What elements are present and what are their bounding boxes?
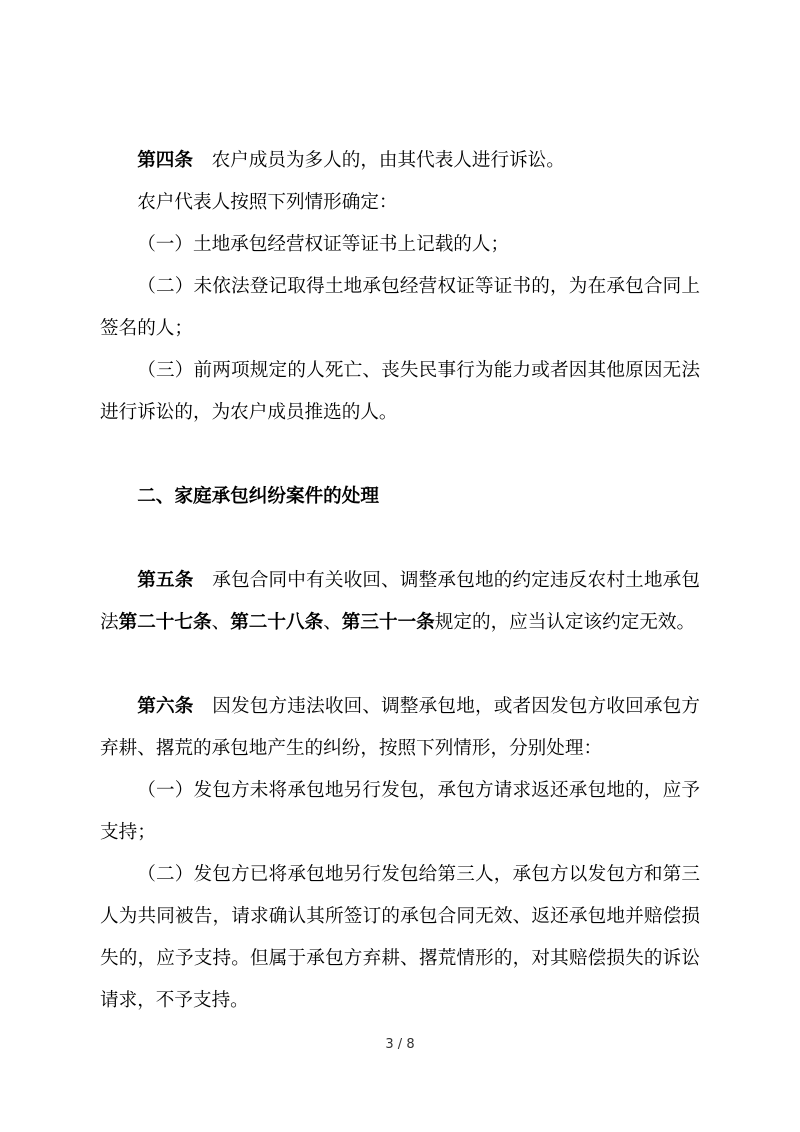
paragraph-item-1: （一）土地承包经营权证等证书上记载的人； [100,224,700,266]
document-page: 第四条 农户成员为多人的，由其代表人进行诉讼。 农户代表人按照下列情形确定： （… [0,0,800,1132]
paragraph-item-1: （一）发包方未将承包地另行发包，承包方请求返还承包地的，应予支持； [100,770,700,854]
document-content: 第四条 农户成员为多人的，由其代表人进行诉讼。 农户代表人按照下列情形确定： （… [100,140,700,1022]
paragraph-text: 规定的，应当认定该约定无效。 [435,612,695,633]
page-indicator: 3 / 8 [385,1037,414,1052]
section-heading-text: 二、家庭承包纠纷案件的处理 [137,486,379,507]
article-number: 第六条 [137,696,193,717]
paragraph-text: （一）土地承包经营权证等证书上记载的人； [137,234,509,255]
article-number: 第五条 [137,570,193,591]
paragraph-article-5: 第五条 承包合同中有关收回、调整承包地的约定违反农村土地承包法第二十七条、第二十… [100,560,700,644]
paragraph-text: 农户成员为多人的，由其代表人进行诉讼。 [193,150,565,171]
paragraph-text: 、 [212,612,231,633]
paragraph-item-2: （二）未依法登记取得土地承包经营权证等证书的，为在承包合同上签名的人； [100,266,700,350]
paragraph-text: 农户代表人按照下列情形确定： [137,192,397,213]
page-footer: 3 / 8 [0,1036,800,1054]
paragraph-text: （二）发包方已将承包地另行发包给第三人，承包方以发包方和第三人为共同被告，请求确… [100,864,700,1011]
paragraph-article-6: 第六条 因发包方违法收回、调整承包地，或者因发包方收回承包方弃耕、撂荒的承包地产… [100,686,700,770]
paragraph-item-2: （二）发包方已将承包地另行发包给第三人，承包方以发包方和第三人为共同被告，请求确… [100,854,700,1022]
paragraph-text: （一）发包方未将承包地另行发包，承包方请求返还承包地的，应予支持； [100,780,700,843]
article-number: 第四条 [137,150,193,171]
blank-line [100,518,700,560]
paragraph-item-3: （三）前两项规定的人死亡、丧失民事行为能力或者因其他原因无法进行诉讼的，为农户成… [100,350,700,434]
paragraph-article-4: 第四条 农户成员为多人的，由其代表人进行诉讼。 [100,140,700,182]
paragraph-text: （三）前两项规定的人死亡、丧失民事行为能力或者因其他原因无法进行诉讼的，为农户成… [100,360,700,423]
paragraph-representative-rule: 农户代表人按照下列情形确定： [100,182,700,224]
blank-line [100,644,700,686]
section-heading: 二、家庭承包纠纷案件的处理 [100,476,700,518]
blank-line [100,434,700,476]
law-reference: 第二十八条 [230,612,323,633]
paragraph-text: （二）未依法登记取得土地承包经营权证等证书的，为在承包合同上签名的人； [100,276,700,339]
law-reference: 第三十一条 [342,612,435,633]
paragraph-text: 、 [323,612,342,633]
law-reference: 第二十七条 [119,612,212,633]
